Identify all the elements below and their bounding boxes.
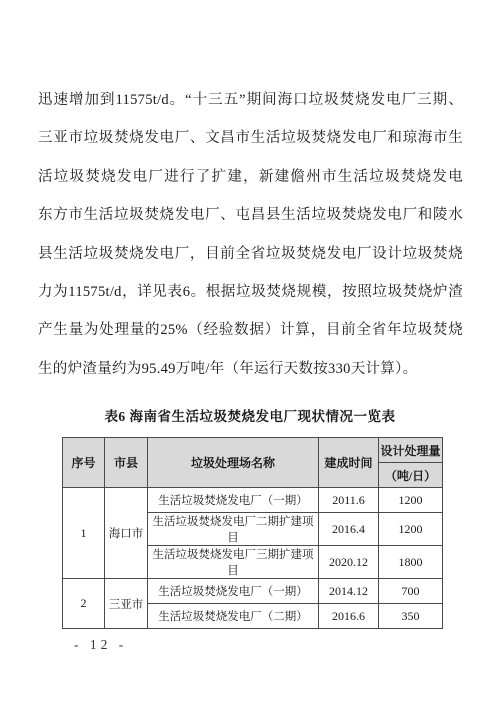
plants-table: 序号 市县 垃圾处理场名称 建成时间 设计处理量 （吨/日） 1 海口市 生活垃… (62, 437, 443, 629)
cell-plant-built: 2020.12 (319, 546, 379, 579)
cell-plant-built: 2011.6 (319, 488, 379, 513)
table-row: 1 海口市 生活垃圾焚烧发电厂（一期） 2011.6 1200 (63, 488, 443, 513)
cell-plant-capacity: 350 (379, 604, 443, 629)
paragraph-line: 产生量为处理量的25%（经验数据）计算，目前全省年垃圾焚烧产 (38, 311, 463, 349)
cell-plant-built: 2016.6 (319, 604, 379, 629)
cell-plant-built: 2014.12 (319, 579, 379, 604)
table-caption: 表6 海南省生活垃圾焚烧发电厂现状情况一览表 (40, 405, 460, 425)
paragraph-line: 力为11575t/d，详见表6。根据垃圾焚烧规模，按照垃圾焚烧炉渣 (38, 273, 463, 311)
page-number: - 12 - (74, 637, 127, 653)
cell-group-city: 三亚市 (105, 579, 148, 629)
header-cell-name: 垃圾处理场名称 (148, 438, 319, 488)
header-cell-capacity: 设计处理量 (379, 438, 443, 463)
cell-plant-name: 生活垃圾焚烧发电厂（一期） (148, 488, 319, 513)
body-paragraph: 迅速增加到11575t/d。“十三五”期间海口垃圾焚烧发电厂三期、 三亚市垃圾焚… (38, 81, 463, 388)
paragraph-line: 活垃圾焚烧发电厂进行了扩建，新建儋州市生活垃圾焚烧发电厂、 (38, 158, 463, 196)
cell-plant-capacity: 1800 (379, 546, 443, 579)
cell-plant-name: 生活垃圾焚烧发电厂（一期） (148, 579, 319, 604)
paragraph-line: 三亚市垃圾焚烧发电厂、文昌市生活垃圾焚烧发电厂和琼海市生 (38, 119, 463, 157)
header-cell-built: 建成时间 (319, 438, 379, 488)
cell-group-index: 2 (63, 579, 105, 629)
cell-group-city: 海口市 (105, 488, 148, 579)
cell-plant-capacity: 1200 (379, 488, 443, 513)
paragraph-line: 县生活垃圾焚烧发电厂，目前全省垃圾焚烧发电厂设计垃圾焚烧能 (38, 235, 463, 273)
paragraph-line: 生的炉渣量约为95.49万吨/年（年运行天数按330天计算）。 (38, 350, 463, 388)
header-cell-city: 市县 (105, 438, 148, 488)
paragraph-line: 东方市生活垃圾焚烧发电厂、屯昌县生活垃圾焚烧发电厂和陵水 (38, 196, 463, 234)
header-cell-capacity-unit: （吨/日） (379, 463, 443, 488)
table-row: 2 三亚市 生活垃圾焚烧发电厂（一期） 2014.12 700 (63, 579, 443, 604)
cell-plant-capacity: 1200 (379, 513, 443, 546)
document-page: 迅速增加到11575t/d。“十三五”期间海口垃圾焚烧发电厂三期、 三亚市垃圾焚… (0, 0, 500, 707)
cell-plant-name: 生活垃圾焚烧发电厂三期扩建项目 (148, 546, 319, 579)
cell-plant-capacity: 700 (379, 579, 443, 604)
cell-plant-name: 生活垃圾焚烧发电厂二期扩建项目 (148, 513, 319, 546)
cell-plant-built: 2016.4 (319, 513, 379, 546)
paragraph-line: 迅速增加到11575t/d。“十三五”期间海口垃圾焚烧发电厂三期、 (38, 81, 463, 119)
cell-group-index: 1 (63, 488, 105, 579)
header-cell-index: 序号 (63, 438, 105, 488)
table-header-row: 序号 市县 垃圾处理场名称 建成时间 设计处理量 (63, 438, 443, 463)
cell-plant-name: 生活垃圾焚烧发电厂（二期） (148, 604, 319, 629)
